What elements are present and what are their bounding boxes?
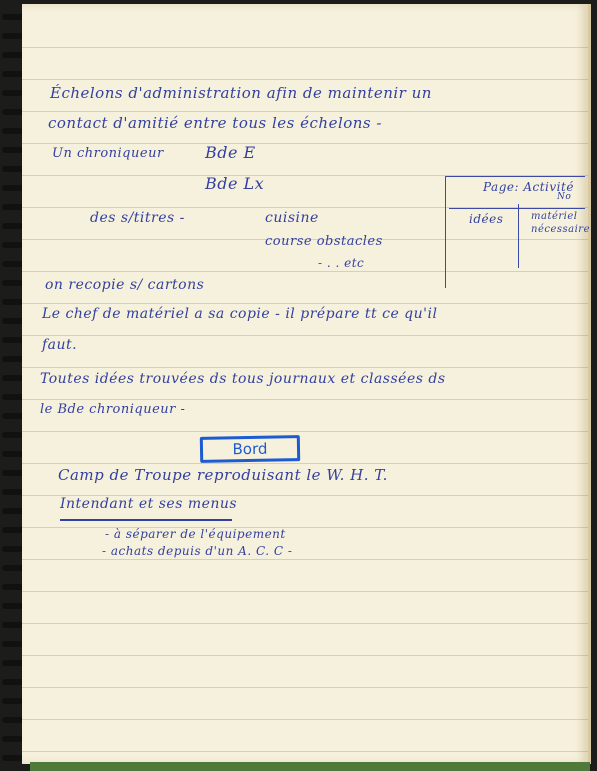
heading-underline [60, 516, 232, 521]
table-left-brace [445, 176, 446, 288]
handwritten-line: Toutes idées trouvées ds tous journaux e… [40, 371, 446, 387]
handwritten-line: on recopie s/ cartons [45, 277, 204, 293]
handwritten-heading: Intendant et ses menus [60, 496, 237, 512]
handwritten-line: Échelons d'administration afin de mainte… [50, 84, 432, 102]
table-column-divider [518, 204, 519, 268]
handwritten-line: course obstacles [265, 234, 383, 249]
handwritten-line: Un chroniqueur [52, 146, 164, 161]
handwritten-line: Le chef de matériel a sa copie - il prép… [42, 306, 437, 322]
handwritten-line: des s/titres - [90, 210, 185, 226]
table-top-rule [445, 176, 585, 177]
handwritten-line: faut. [42, 337, 77, 353]
handwritten-line: le Bde chroniqueur - [40, 402, 185, 417]
handwritten-line: - achats depuis d'un A. C. C - [102, 544, 292, 558]
table-number: No [557, 192, 571, 202]
table-col-materiel: matériel nécessaire [531, 210, 581, 236]
background-edge [30, 762, 590, 771]
bord-stamp: Bord [200, 435, 300, 463]
handwritten-line: contact d'amitié entre tous les échelons… [48, 114, 382, 132]
activity-table-sketch: Page: Activité No idées matériel nécessa… [445, 172, 590, 292]
table-header-rule [449, 208, 585, 209]
handwritten-line: - à séparer de l'équipement [105, 527, 286, 541]
handwritten-line: - . . etc [318, 256, 364, 270]
handwritten-line: cuisine [265, 210, 319, 226]
handwritten-line: Bde E [205, 143, 256, 162]
handwritten-line: Bde Lx [205, 174, 264, 193]
handwritten-line: Camp de Troupe reproduisant le W. H. T. [58, 466, 388, 484]
table-col-ideas: idées [469, 212, 503, 226]
